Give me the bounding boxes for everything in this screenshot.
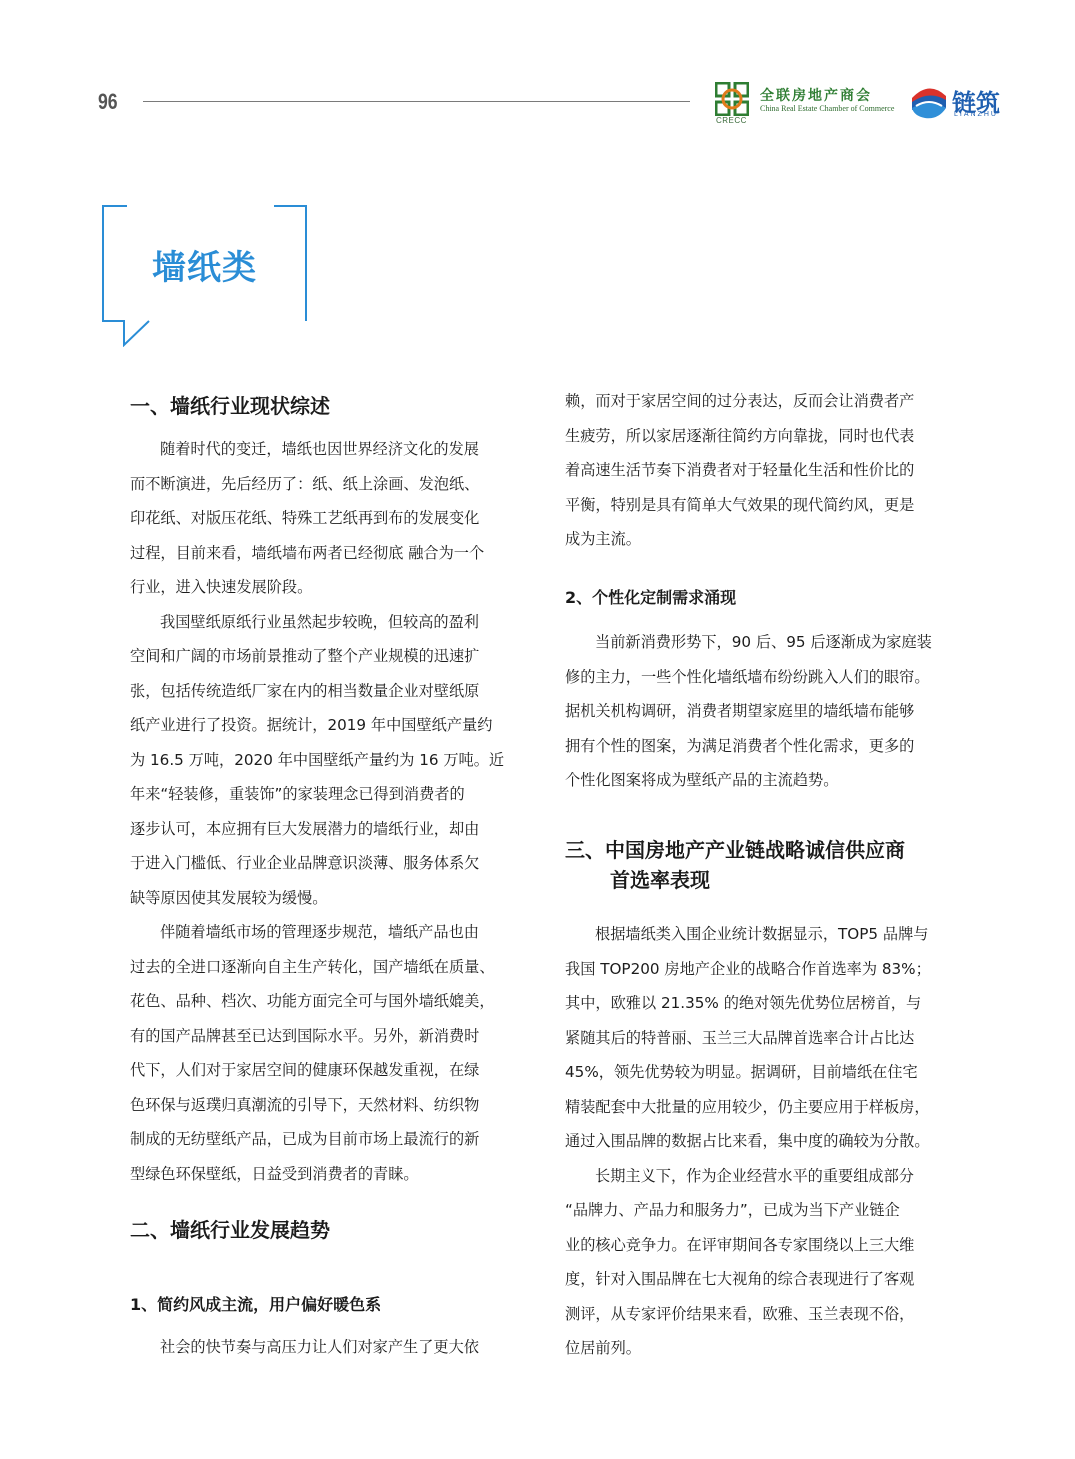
subsection-1-paragraph-start: 社会的快节奏与高压力让人们对家产生了更大依 (130, 1330, 515, 1365)
lianzhu-logo-icon (908, 82, 950, 120)
page-number: 96 (98, 89, 118, 115)
org-name-cn: 全联房地产商会 (760, 85, 872, 105)
crecc-abbr: CRECC (716, 116, 747, 125)
partner-name-en: LIANZHU (954, 111, 998, 118)
section-3-paragraph-1: 根据墙纸类入围企业统计数据显示，TOP5 品牌与 我国 TOP200 房地产企业… (565, 917, 950, 1366)
subsection-1-paragraph-cont: 赖，而对于家居空间的过分表达，反而会让消费者产 生疲劳，所以家居逐渐往简约方向靠… (565, 384, 950, 557)
crecc-logo-icon (715, 82, 749, 116)
page-title: 墙纸类 (152, 240, 257, 289)
subsection-2-paragraph: 当前新消费形势下，90 后、95 后逐渐成为家庭装 修的主力，一些个性化墙纸墙布… (565, 625, 950, 798)
section-1-paragraph-1: 随着时代的变迁，墙纸也因世界经济文化的发展 而不断演进，先后经历了：纸、纸上涂画… (130, 432, 515, 1191)
section-3-heading: 三、中国房地产产业链战略诚信供应商 首选率表现 (565, 836, 965, 894)
subsection-1-heading: 1、简约风成主流，用户偏好暖色系 (130, 1293, 381, 1317)
header-divider (143, 101, 690, 102)
subsection-2-heading: 2、个性化定制需求涌现 (565, 586, 736, 610)
section-2-heading: 二、墙纸行业发展趋势 (130, 1216, 330, 1244)
org-name-en: China Real Estate Chamber of Commerce (760, 104, 894, 113)
section-1-heading: 一、墙纸行业现状综述 (130, 392, 330, 420)
